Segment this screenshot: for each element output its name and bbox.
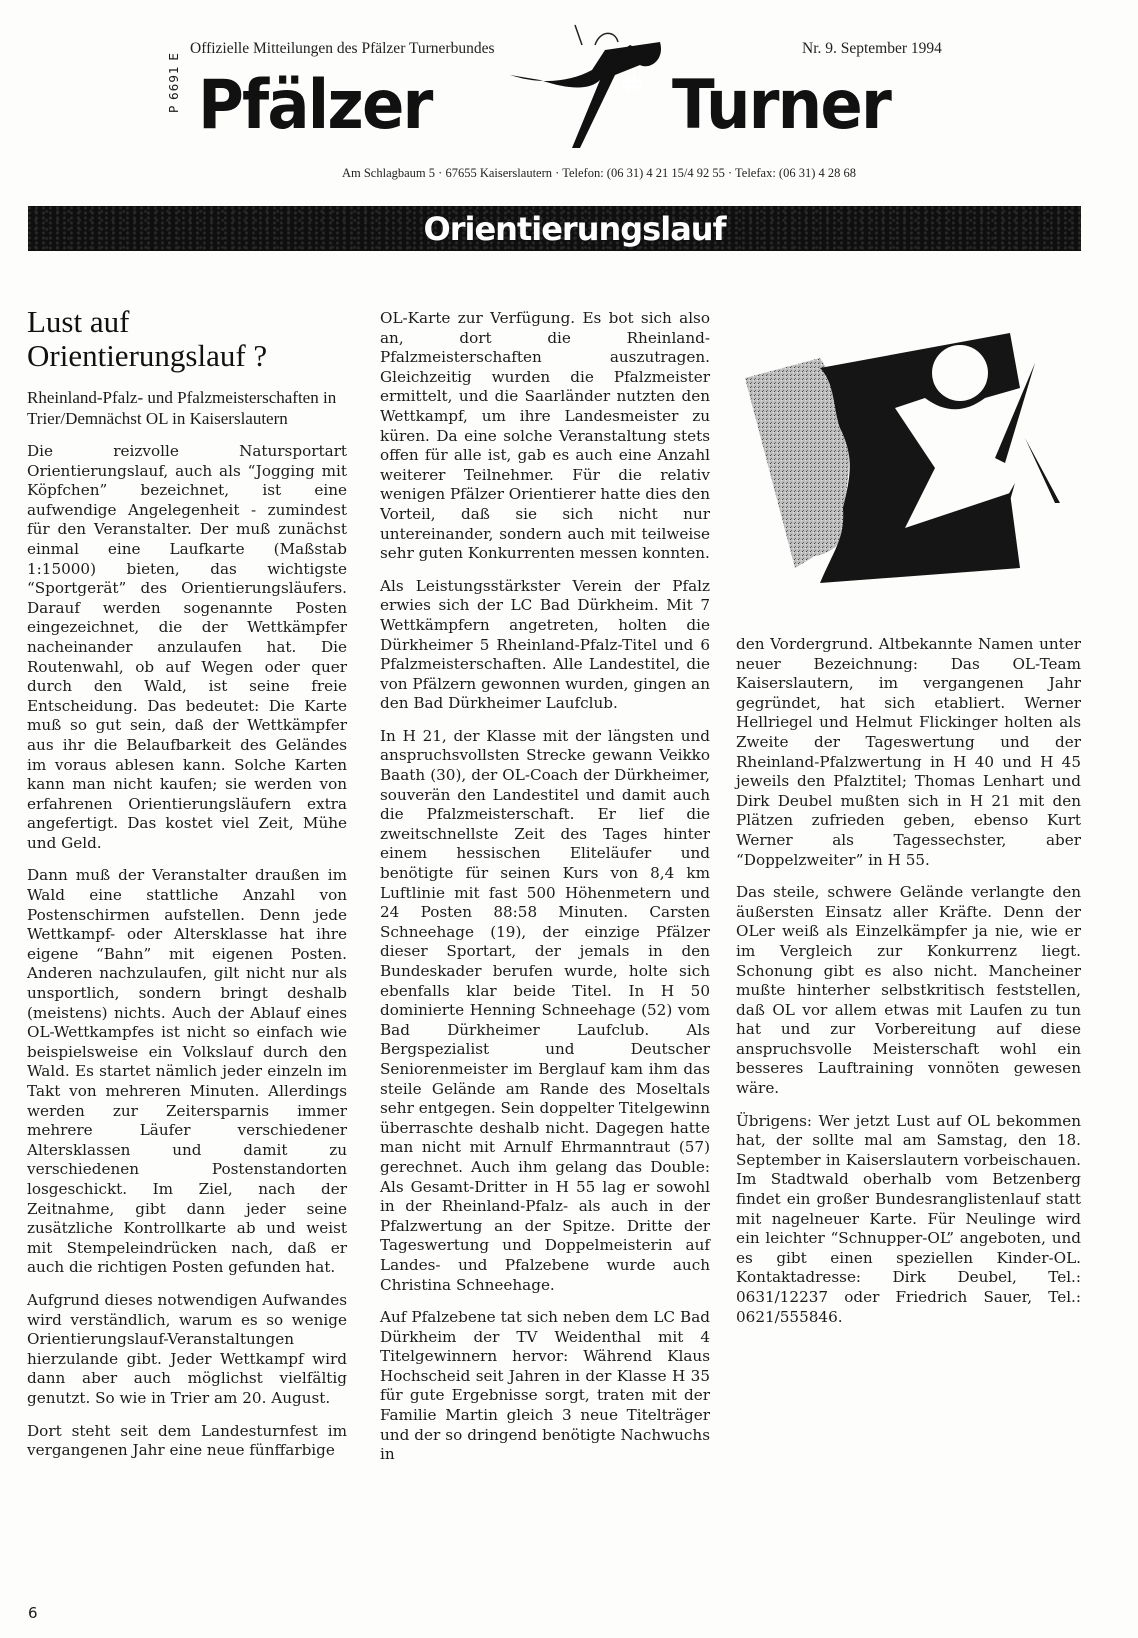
- article-column-1: Lust auf Orientierungslauf ? Rheinland-P…: [27, 305, 347, 1474]
- paragraph: Dann muß der Veranstalter draußen im Wal…: [27, 866, 347, 1277]
- section-title: Orientierungslauf: [424, 210, 726, 248]
- section-banner: Orientierungslauf: [28, 206, 1081, 251]
- paragraph: Das steile, schwere Gelände verlangte de…: [736, 883, 1081, 1099]
- paragraph: Dort steht seit dem Landesturnfest im ve…: [27, 1422, 347, 1461]
- article-column-2: OL-Karte zur Verfügung. Es bot sich also…: [380, 309, 710, 1478]
- paragraph: OL-Karte zur Verfügung. Es bot sich also…: [380, 309, 710, 564]
- orienteering-runner-illustration-icon: [735, 318, 1070, 586]
- masthead: P 6691 E Offizielle Mitteilungen des Pfä…: [0, 0, 1138, 190]
- headline-line-1: Lust auf: [27, 304, 129, 339]
- article-column-3: den Vordergrund. Altbekannte Namen unter…: [736, 635, 1081, 1340]
- official-line: Offizielle Mitteilungen des Pfälzer Turn…: [190, 40, 494, 58]
- brand-title-left: Pfälzer: [198, 66, 432, 146]
- contact-address: Am Schlagbaum 5 · 67655 Kaiserslautern ·…: [0, 166, 1138, 181]
- paragraph: Auf Pfalzebene tat sich neben dem LC Bad…: [380, 1308, 710, 1465]
- paragraph: Aufgrund dieses notwendigen Aufwandes wi…: [27, 1291, 347, 1409]
- article-subhead: Rheinland-Pfalz- und Pfalzmeisterschafte…: [27, 387, 347, 429]
- paragraph: den Vordergrund. Altbekannte Namen unter…: [736, 635, 1081, 870]
- headline-line-2: Orientierungslauf ?: [27, 338, 267, 373]
- article-headline: Lust auf Orientierungslauf ?: [27, 305, 347, 373]
- paragraph: Die reizvolle Natursportart Orientierung…: [27, 442, 347, 853]
- issn-code: P 6691 E: [167, 38, 187, 128]
- issue-date: Nr. 9. September 1994: [802, 40, 942, 58]
- brand-title-right: Turner: [672, 66, 890, 146]
- paragraph: In H 21, der Klasse mit der längsten und…: [380, 727, 710, 1295]
- gymnast-logo-icon: [500, 20, 680, 150]
- paragraph: Übrigens: Wer jetzt Lust auf OL bekommen…: [736, 1112, 1081, 1328]
- paragraph: Als Leistungsstärkster Verein der Pfalz …: [380, 577, 710, 714]
- page-number: 6: [28, 1604, 38, 1622]
